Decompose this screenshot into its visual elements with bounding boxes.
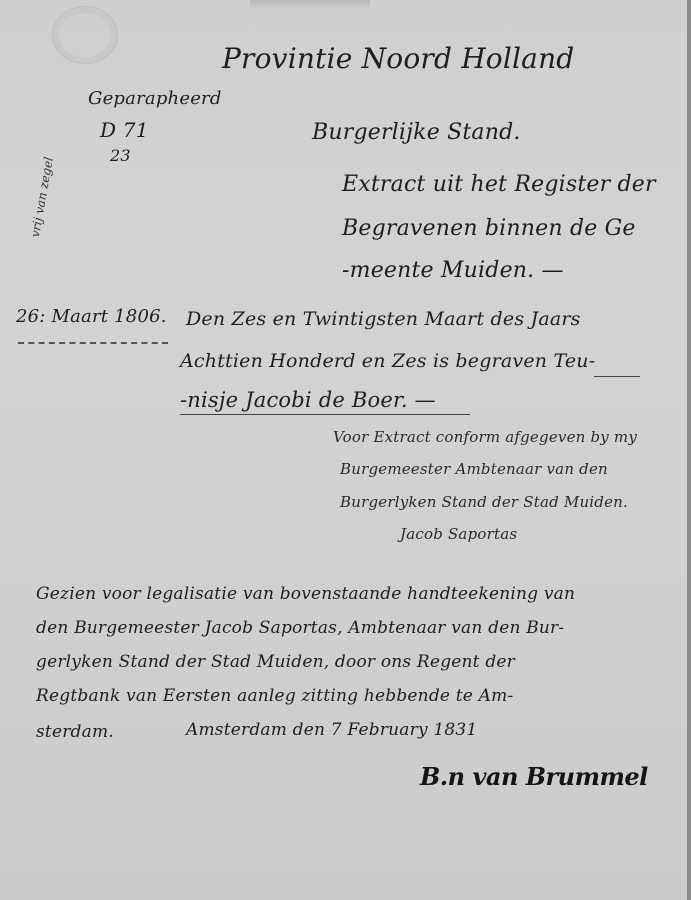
certification-line2: Burgemeester Ambtenaar van den [340,460,608,478]
name-underline-2 [180,414,470,415]
scan-edge-right [687,0,691,900]
legalisation-place-date: Amsterdam den 7 February 1831 [186,720,477,740]
legalisation-line3: gerlyken Stand der Stad Muiden, door ons… [36,652,515,672]
certification-line3: Burgerlyken Stand der Stad Muiden. [340,493,628,511]
legalisation-signature: B.n van Brummel [420,762,648,791]
legalisation-line4: Regtbank van Eersten aanleg zitting hebb… [36,686,513,706]
legalisation-line1: Gezien voor legalisatie van bovenstaande… [36,584,575,604]
entry-date: 26: Maart 1806. [16,306,167,327]
legalisation-line5: sterdam. [36,722,114,742]
heading-extract-line3: -meente Muiden. — [342,258,564,283]
margin-number: 23 [110,146,131,165]
entry-line1: Den Zes en Twintigsten Maart des Jaars [186,308,581,330]
margin-reference: D 71 [100,118,149,142]
legalisation-line2: den Burgemeester Jacob Saportas, Ambtena… [36,618,564,638]
certification-signature: Jacob Saportas [400,525,517,543]
entry-line2: Achttien Honderd en Zes is begraven Teu- [180,350,595,372]
certification-line1: Voor Extract conform afgegeven by my [333,428,637,446]
entry-line3: -nisje Jacobi de Boer. — [180,388,436,412]
date-underline [18,338,168,344]
heading-extract-line2: Begravenen binnen de Ge [342,216,636,241]
embossed-seal-stamp [52,6,118,64]
scan-shadow-top [250,0,370,10]
margin-rotated-note: vrij van zegel [28,156,56,239]
margin-paraph: Geparapheerd [88,88,222,109]
heading-department: Burgerlijke Stand. [312,120,521,145]
name-underline-1 [594,376,640,377]
heading-province: Provintie Noord Holland [222,42,574,75]
scanned-document-page: Provintie Noord Holland Burgerlijke Stan… [0,0,691,900]
heading-extract-line1: Extract uit het Register der [342,172,656,197]
